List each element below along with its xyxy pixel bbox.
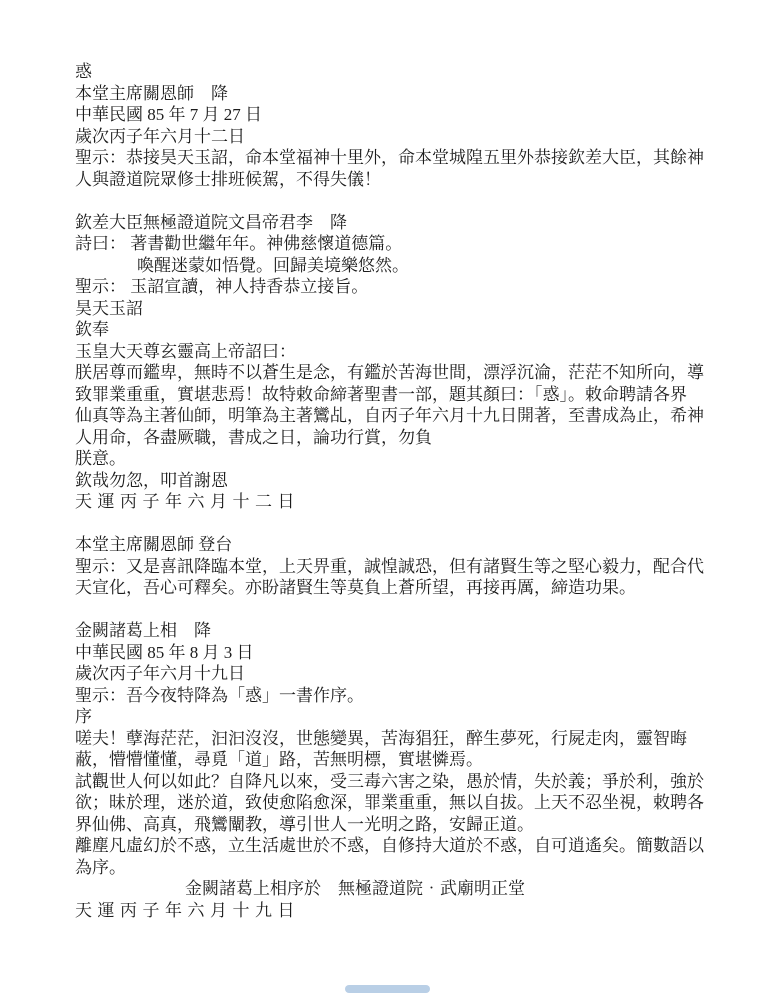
edict-date: 天運丙子年六月十二日 xyxy=(75,491,735,513)
poem-line-1: 詩曰： 著書勸世繼年年。神佛慈懷道德篇。 xyxy=(75,233,735,255)
date-lunar-2: 歲次丙子年六月十九日 xyxy=(75,663,735,685)
document-page: 惑 本堂主席關恩師 降 中華民國 85 年 7 月 27 日 歲次丙子年六月十二… xyxy=(75,61,735,921)
book-title-char: 惑 xyxy=(75,61,735,83)
edict-body-2: 致罪業重重，實堪悲焉！故特敕命締著聖書一部，題其顏曰：「惑」。敕命聘請各界 xyxy=(75,384,735,406)
preface-date: 天運丙子年六月十九日 xyxy=(75,900,735,922)
edict-closing: 欽哉勿忽，叩首謝恩 xyxy=(75,470,735,492)
edict-body-1: 朕居尊而鑑卑，無時不以蒼生是念，有鑑於苦海世間，漂浮沉淪，茫茫不知所向，導 xyxy=(75,362,735,384)
preface-body-2: 蔽，懵懵懂懂，尋覓「道」路，苦無明標，實堪憐焉。 xyxy=(75,749,735,771)
edict-respect: 欽奉 xyxy=(75,319,735,341)
heading-hall-master-descend: 本堂主席關恩師 降 xyxy=(75,83,735,105)
holy-instruction-4: 聖示：吾今夜特降為「惑」一書作序。 xyxy=(75,685,735,707)
scrollbar-thumb[interactable] xyxy=(345,985,430,993)
edict-body-5: 朕意。 xyxy=(75,448,735,470)
holy-instruction-3b: 天宣化，吾心可釋矣。亦盼諸賢生等莫負上蒼所望，再接再厲，締造功果。 xyxy=(75,577,735,599)
preface-body-6: 離塵凡虛幻於不惑，立生活處世於不惑，自修持大道於不惑，自可逍遙矣。簡數語以 xyxy=(75,835,735,857)
edict-emperor-line: 玉皇大天尊玄靈高上帝詔曰： xyxy=(75,341,735,363)
heading-imperial-envoy: 欽差大臣無極證道院文昌帝君李 降 xyxy=(75,212,735,234)
preface-body-1: 嗟夫！孽海茫茫，汩汩沒沒，世態變異，苦海猖狂，醉生夢死，行屍走肉，靈智晦 xyxy=(75,728,735,750)
signature-line: 金闕諸葛上相序於 無極證道院‧武廟明正堂 xyxy=(75,878,735,900)
blank-line xyxy=(75,190,735,212)
preface-body-3: 試觀世人何以如此？自降凡以來，受三毒六害之染，愚於情，失於義；爭於利，強於 xyxy=(75,771,735,793)
heading-zhuge-descend: 金闕諸葛上相 降 xyxy=(75,620,735,642)
edict-body-3: 仙真等為主著仙師，明筆為主著鸞乩，自丙子年六月十九日開著，至書成為止，希神 xyxy=(75,405,735,427)
edict-body-4: 人用命，各盡厥職，書成之日，論功行賞，勿負 xyxy=(75,427,735,449)
holy-instruction-3a: 聖示：又是喜訊降臨本堂，上天畀重，誠惶誠恐，但有諸賢生等之堅心毅力，配合代 xyxy=(75,556,735,578)
holy-instruction-1b: 人與證道院眾修士排班候駕，不得失儀！ xyxy=(75,169,735,191)
heading-hall-master-ascend: 本堂主席關恩師 登台 xyxy=(75,534,735,556)
preface-body-7: 為序。 xyxy=(75,857,735,879)
holy-instruction-2: 聖示： 玉詔宣讀，神人持香恭立接旨。 xyxy=(75,276,735,298)
holy-instruction-1a: 聖示：恭接昊天玉詔，命本堂福神十里外，命本堂城隍五里外恭接欽差大臣，其餘神 xyxy=(75,147,735,169)
preface-body-5: 界仙佛、高真，飛鸞闡教，導引世人一光明之路，安歸正道。 xyxy=(75,814,735,836)
blank-line xyxy=(75,513,735,535)
preface-title: 序 xyxy=(75,706,735,728)
date-lunar-1: 歲次丙子年六月十二日 xyxy=(75,126,735,148)
preface-body-4: 欲；昧於理，迷於道，致使愈陷愈深，罪業重重，無以自拔。上天不忍坐視，敕聘各 xyxy=(75,792,735,814)
blank-line xyxy=(75,599,735,621)
date-roc-1: 中華民國 85 年 7 月 27 日 xyxy=(75,104,735,126)
date-roc-2: 中華民國 85 年 8 月 3 日 xyxy=(75,642,735,664)
jade-edict-title: 昊天玉詔 xyxy=(75,298,735,320)
poem-line-2: 喚醒迷蒙如悟覺。回歸美境樂悠然。 xyxy=(75,255,735,277)
